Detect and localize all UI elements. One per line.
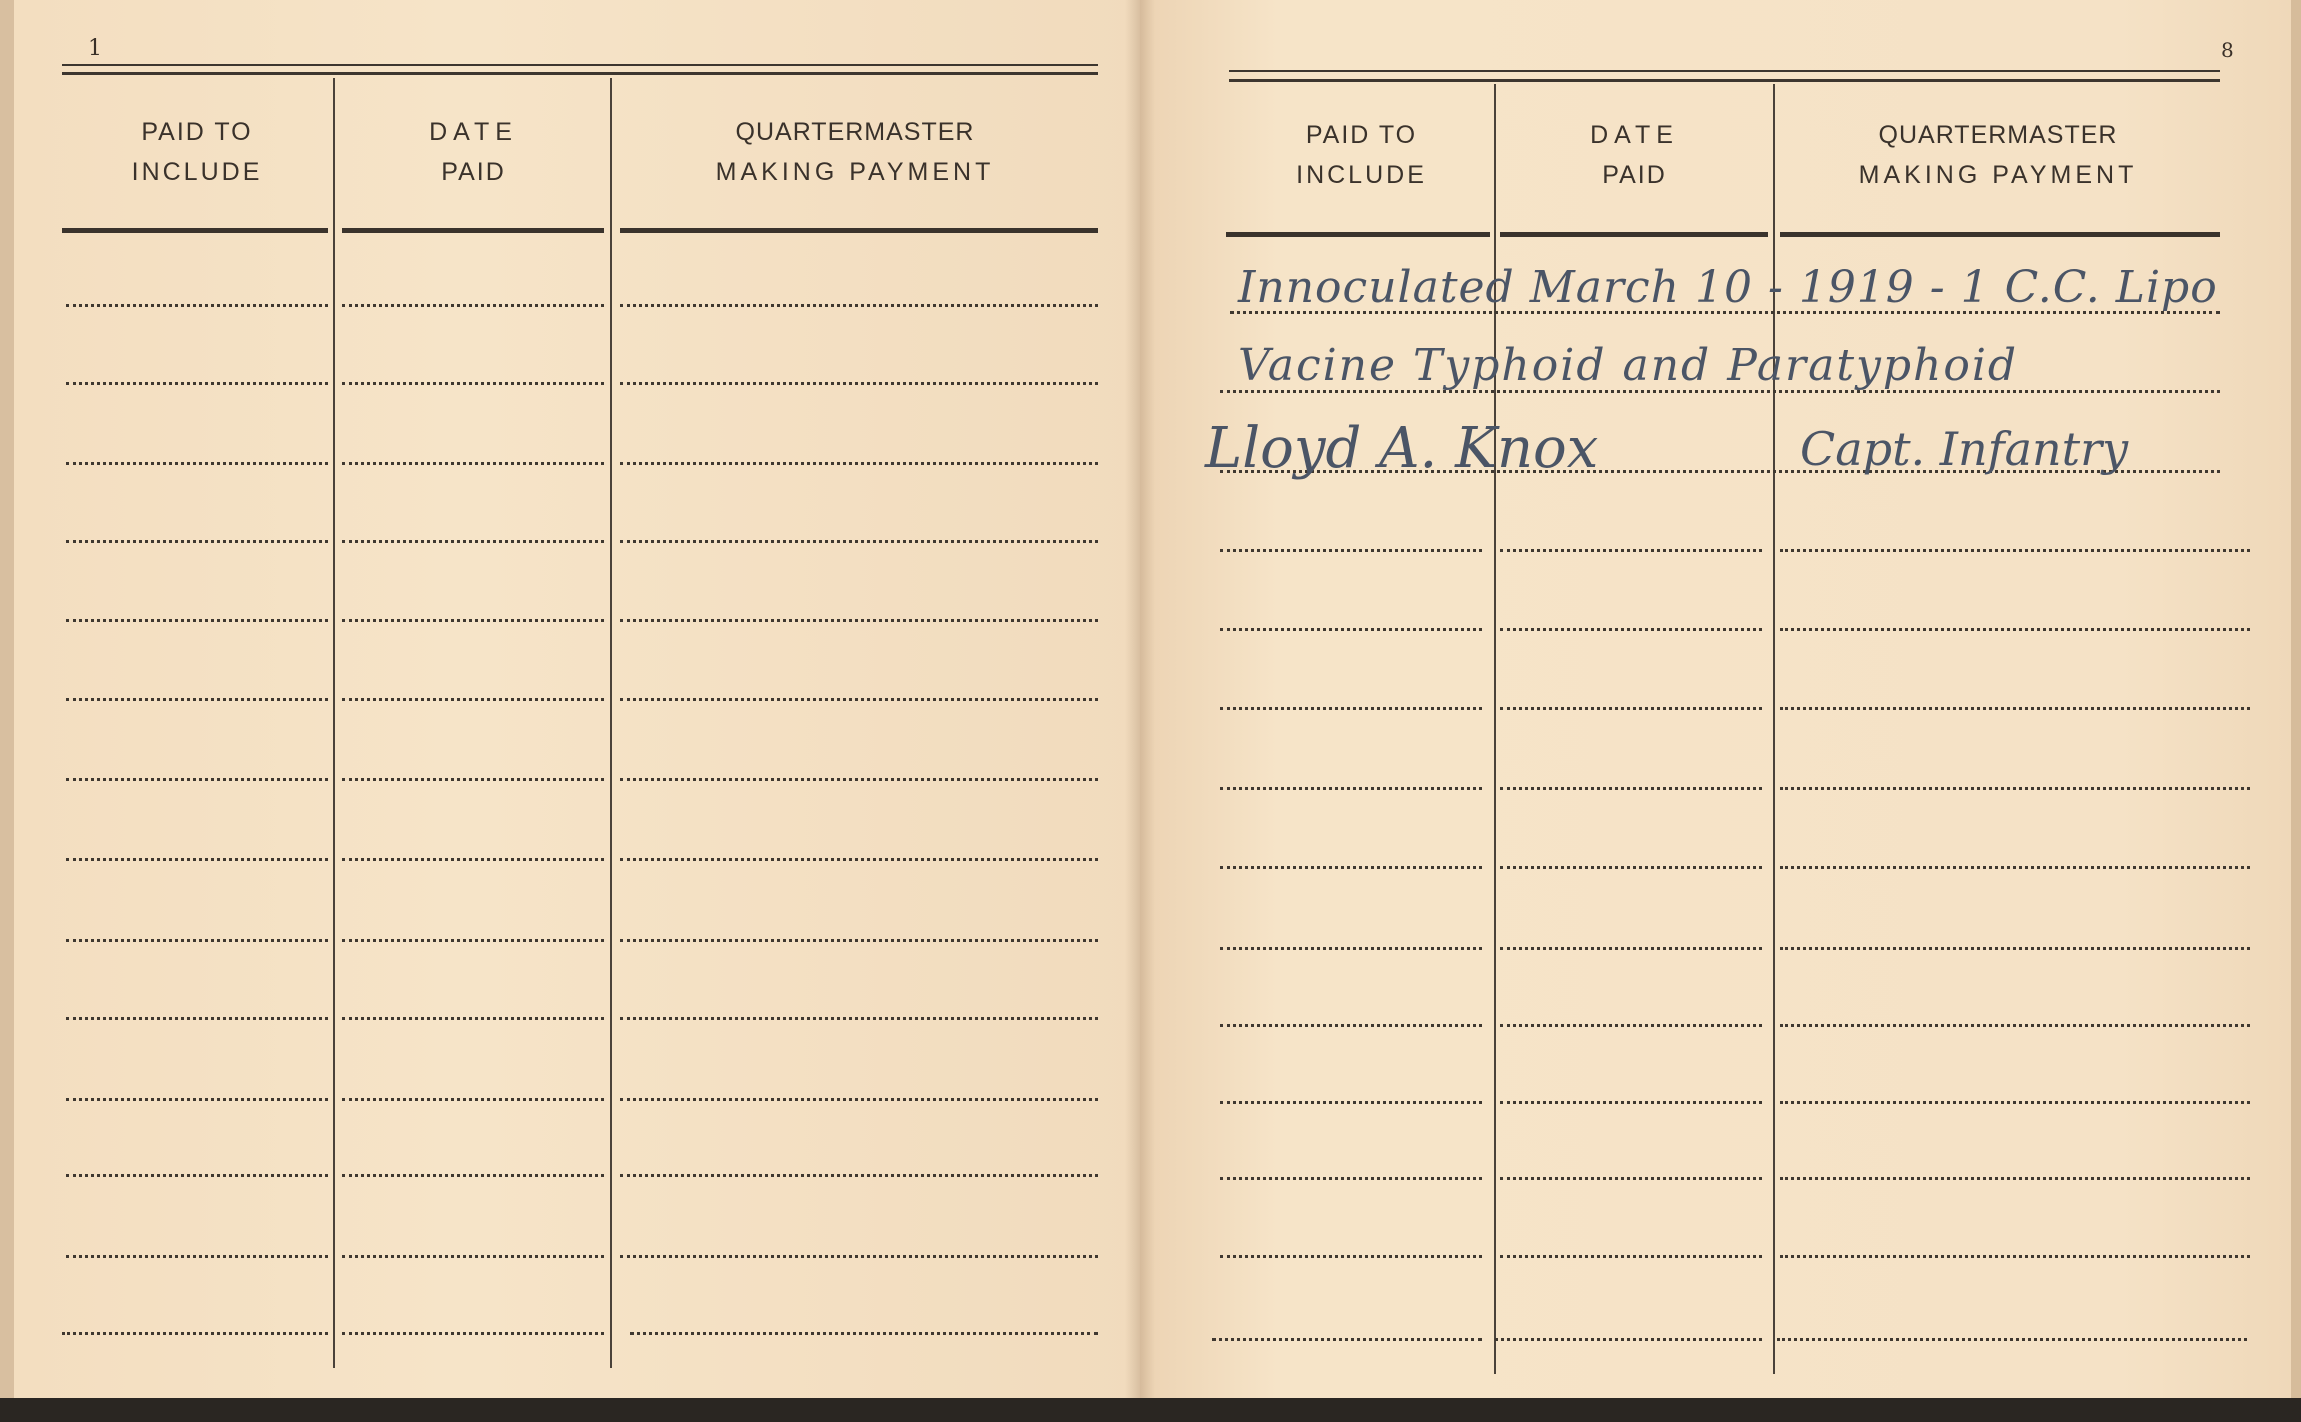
dotted-row-line — [1220, 866, 1482, 869]
dotted-row-line — [620, 1174, 1098, 1177]
dotted-row-line — [1780, 947, 2250, 950]
dotted-row-line — [66, 540, 328, 543]
dotted-row-line — [1780, 1255, 2250, 1258]
right-top-rule-upper — [1229, 70, 2220, 72]
left-page — [0, 0, 1140, 1405]
book-gutter — [1125, 0, 1155, 1405]
handwritten-line-2: Vacine Typhoid and Paratyphoid — [1238, 340, 2018, 391]
dotted-row-line — [1780, 787, 2250, 790]
dotted-row-line — [630, 1332, 1098, 1335]
dotted-row-line — [1780, 628, 2250, 631]
dotted-row-line — [1780, 707, 2250, 710]
dotted-row-line — [1212, 1338, 1482, 1341]
dotted-row-line — [66, 1255, 328, 1258]
dotted-row-line — [1220, 628, 1482, 631]
dotted-row-line — [1500, 1177, 1762, 1180]
header-line: INCLUDE — [62, 152, 332, 192]
dotted-row-line — [1500, 947, 1762, 950]
header-line: MAKING PAYMENT — [612, 152, 1098, 192]
left-page-number: 1 — [88, 36, 102, 61]
dotted-row-line — [1500, 787, 1762, 790]
dotted-row-line — [342, 382, 604, 385]
dotted-row-line — [66, 1017, 328, 1020]
dotted-row-line — [1500, 549, 1762, 552]
dotted-row-line — [66, 462, 328, 465]
dotted-row-line — [66, 778, 328, 781]
handwritten-line-1: Innoculated March 10 - 1919 - 1 C.C. Lip… — [1238, 262, 2218, 313]
dotted-row-line — [620, 698, 1098, 701]
dotted-row-line — [66, 1098, 328, 1101]
left-top-rule-upper — [62, 64, 1098, 66]
dotted-row-line — [1500, 866, 1762, 869]
dotted-row-line — [620, 619, 1098, 622]
dotted-row-line — [66, 1174, 328, 1177]
dotted-row-line — [620, 382, 1098, 385]
dotted-row-line — [1220, 1024, 1482, 1027]
right-header-rule-col1 — [1226, 232, 1490, 237]
header-line: DATE — [337, 112, 610, 152]
dotted-row-line — [620, 1255, 1098, 1258]
dotted-row-line — [620, 540, 1098, 543]
dotted-row-line — [1220, 787, 1482, 790]
header-line: PAID — [1496, 155, 1773, 195]
left-top-rule-lower — [62, 72, 1098, 75]
dotted-row-line — [342, 1098, 604, 1101]
right-header-rule-col2 — [1500, 232, 1768, 237]
right-header-date-paid: DATE PAID — [1496, 115, 1773, 195]
dotted-row-line — [342, 619, 604, 622]
dotted-row-line — [1220, 1255, 1482, 1258]
dotted-row-line — [342, 1017, 604, 1020]
right-header-paid-to-include: PAID TO INCLUDE — [1229, 115, 1494, 195]
dotted-row-line — [342, 540, 604, 543]
left-header-rule-col2 — [342, 228, 604, 233]
left-header-rule-col3 — [620, 228, 1098, 233]
dotted-row-line — [342, 939, 604, 942]
dotted-row-line — [66, 939, 328, 942]
header-line: MAKING PAYMENT — [1776, 155, 2220, 195]
dotted-row-line — [620, 1017, 1098, 1020]
left-header-quartermaster: QUARTERMASTER MAKING PAYMENT — [612, 112, 1098, 192]
dotted-row-line — [620, 939, 1098, 942]
dotted-row-line — [342, 1255, 604, 1258]
left-header-rule-col1 — [62, 228, 328, 233]
left-header-date-paid: DATE PAID — [337, 112, 610, 192]
dotted-row-line — [342, 462, 604, 465]
open-booklet: 1 PAID TO INCLUDE DATE PAID QUARTERMASTE… — [0, 0, 2301, 1410]
dotted-row-line — [62, 1332, 328, 1335]
header-line: PAID — [337, 152, 610, 192]
dotted-row-line — [1220, 1177, 1482, 1180]
dotted-row-line — [620, 304, 1098, 307]
dotted-row-line — [1220, 707, 1482, 710]
dotted-row-line — [620, 858, 1098, 861]
book-bottom-edge — [0, 1398, 2301, 1422]
dotted-row-line — [342, 698, 604, 701]
left-column-divider-2 — [610, 78, 612, 1368]
dotted-row-line — [1495, 1338, 1762, 1341]
dotted-row-line — [1500, 1024, 1762, 1027]
dotted-row-line — [620, 462, 1098, 465]
header-line: INCLUDE — [1229, 155, 1494, 195]
dotted-row-line — [1500, 1101, 1762, 1104]
dotted-row-line — [342, 778, 604, 781]
dotted-row-line — [66, 304, 328, 307]
right-page — [1140, 0, 2301, 1405]
dotted-row-line — [1780, 1024, 2250, 1027]
header-line: QUARTERMASTER — [1776, 115, 2220, 155]
dotted-row-line — [1220, 947, 1482, 950]
dotted-row-line — [342, 304, 604, 307]
dotted-row-line — [342, 1174, 604, 1177]
handwritten-title: Capt. Infantry — [1800, 422, 2128, 476]
header-line: QUARTERMASTER — [612, 112, 1098, 152]
left-header-paid-to-include: PAID TO INCLUDE — [62, 112, 332, 192]
dotted-row-line — [66, 619, 328, 622]
dotted-row-line — [1220, 549, 1482, 552]
left-column-divider-1 — [333, 78, 335, 1368]
header-line: PAID TO — [62, 112, 332, 152]
dotted-row-line — [1500, 707, 1762, 710]
dotted-row-line — [620, 1098, 1098, 1101]
dotted-row-line — [1220, 1101, 1482, 1104]
dotted-row-line — [1780, 549, 2250, 552]
dotted-row-line — [1780, 1177, 2250, 1180]
dotted-row-line — [66, 698, 328, 701]
dotted-row-line — [342, 1332, 604, 1335]
dotted-row-line — [1777, 1338, 2247, 1341]
dotted-row-line — [342, 858, 604, 861]
dotted-row-line — [1500, 628, 1762, 631]
right-top-rule-lower — [1229, 79, 2220, 82]
dotted-row-line — [66, 858, 328, 861]
right-page-number: 8 — [2221, 38, 2234, 62]
dotted-row-line — [66, 382, 328, 385]
right-header-rule-col3 — [1780, 232, 2220, 237]
dotted-row-line — [620, 778, 1098, 781]
dotted-row-line — [1500, 1255, 1762, 1258]
right-header-quartermaster: QUARTERMASTER MAKING PAYMENT — [1776, 115, 2220, 195]
dotted-row-line — [1780, 1101, 2250, 1104]
header-line: DATE — [1496, 115, 1773, 155]
dotted-row-line — [1780, 866, 2250, 869]
handwritten-signature: Lloyd A. Knox — [1205, 416, 1598, 481]
header-line: PAID TO — [1229, 115, 1494, 155]
